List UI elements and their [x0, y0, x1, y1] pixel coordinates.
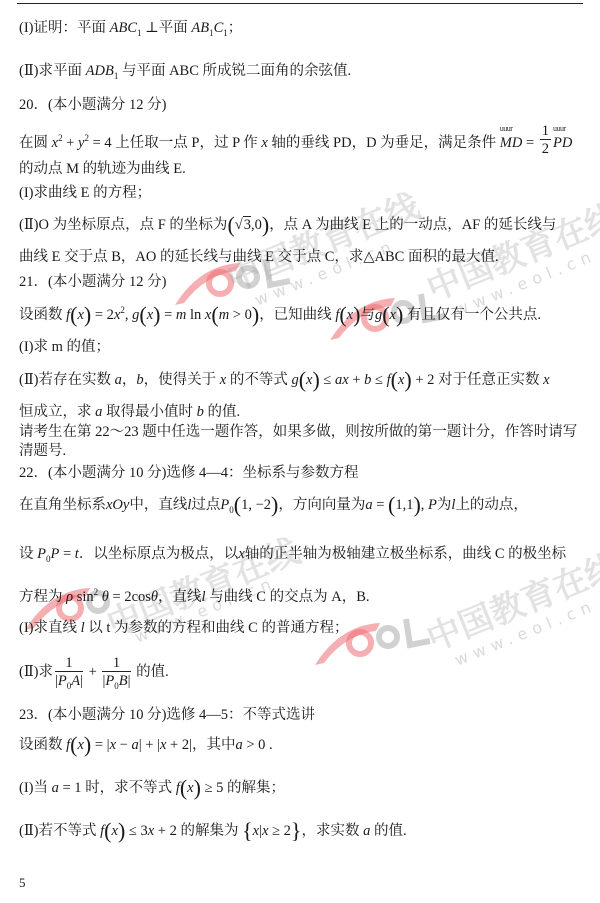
- q23-header: 23．(本小题满分 10 分)选修 4—5：不等式选讲: [19, 706, 315, 724]
- q20-part2: (Ⅱ)O 为坐标原点，点 F 的坐标为(√3,0)，点 A 为曲线 E 上的一动…: [19, 216, 556, 234]
- q22-header: 22．(本小题满分 10 分)选修 4—4：坐标系与参数方程: [19, 464, 359, 482]
- q22-part1: (I)求直线 l 以 t 为参数的方程和曲线 C 的普通方程；: [19, 619, 348, 637]
- q20-header: 20．(本小题满分 12 分): [19, 96, 166, 114]
- q21-part1: (I)求 m 的值；: [19, 338, 110, 356]
- q23-stem: 设函数 f(x) = |x − a| + |x + 2|，其中a > 0 .: [19, 736, 273, 754]
- page-number: 5: [19, 875, 26, 891]
- q22-stem: 在直角坐标系xOy中，直线l过点P0(1, −2)，方向向量为a = (1,1)…: [19, 496, 528, 514]
- choice-instruction-line2: 清题号.: [19, 442, 66, 460]
- q21-part2: (Ⅱ)若存在实数 a，b，使得关于 x 的不等式 g(x) ≤ ax + b ≤…: [19, 371, 550, 389]
- q21-stem: 设函数 f(x) = 2x2, g(x) = m ln x(m > 0)，已知曲…: [19, 306, 541, 324]
- q20-stem: 在圆 x2 + y2 = 4 上任取一点 P，过 P 作 x 轴的垂线 PD，D…: [19, 129, 572, 158]
- q21-header: 21．(本小题满分 12 分): [19, 273, 166, 291]
- q21-part2-line2: 恒成立，求 a 取得最小值时 b 的值.: [19, 403, 240, 421]
- q22-stem-line2: 设 P0P = t．以坐标原点为极点，以x轴的正半轴为极轴建立极坐标系，曲线 C…: [19, 545, 566, 563]
- q22-part2: (Ⅱ)求1|P0A| + 1|P0B| 的值.: [19, 655, 169, 690]
- q22-stem-line3: 方程为 ρ sin2 θ = 2cosθ，直线l 与曲线 C 的交点为 A，B.: [19, 588, 370, 606]
- choice-instruction-line1: 请考生在第 22～23 题中任选一题作答，如果多做，则按所做的第一题计分，作答时…: [19, 423, 577, 441]
- top-rule: [17, 3, 583, 4]
- q19-part1: (I)证明：平面 ABC1 ⊥平面 AB1C1；: [19, 19, 242, 37]
- q20-part1: (I)求曲线 E 的方程；: [19, 184, 151, 202]
- q23-part1: (I)当 a = 1 时，求不等式 f(x) ≥ 5 的解集；: [19, 779, 285, 797]
- q20-part2-line2: 曲线 E 交于点 B，AO 的延长线与曲线 E 交于点 C，求△ABC 面积的最…: [19, 248, 499, 266]
- q23-part2: (Ⅱ)若不等式 f(x) ≤ 3x + 2 的解集为 {x|x ≥ 2}，求实数…: [19, 822, 407, 840]
- q19-part2: (Ⅱ)求平面 ADB1 与平面 ABC 所成锐二面角的余弦值.: [19, 62, 351, 80]
- q20-stem-line2: 的动点 M 的轨迹为曲线 E.: [19, 160, 186, 178]
